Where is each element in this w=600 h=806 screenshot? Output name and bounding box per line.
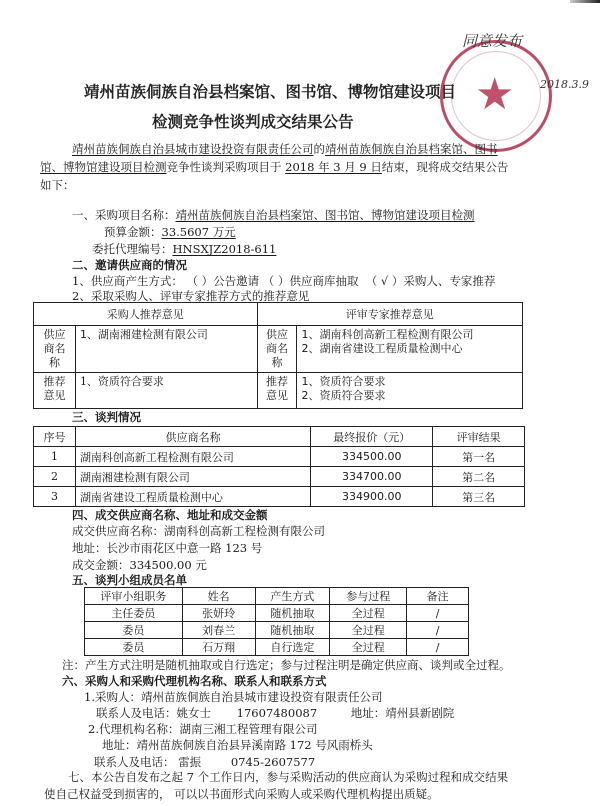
section4-heading: 四、成交供应商名称、地址和成交金额 xyxy=(72,508,268,522)
col-note: 备注 xyxy=(407,588,469,605)
table-row: 委员 刘春兰 随机抽取 全过程 / xyxy=(85,622,469,639)
end-date: 2018 年 3 月 9 日 xyxy=(285,160,382,174)
section7-line1: 七、本公告自发布之起 7 个工作日内，参与采购活动的供应商认为采购过程和成交结果 xyxy=(68,770,508,784)
winning-supplier: 成交供应商名称：湖南科创高新工程检测有限公司 xyxy=(72,524,325,538)
col-process: 参与过程 xyxy=(330,588,407,605)
budget-value: 33.5607 万元 xyxy=(162,225,236,239)
col-supplier: 供应商名称 xyxy=(75,427,310,447)
col-no: 序号 xyxy=(34,427,76,447)
option-recommendation: （ √ ）采购人、专家推荐 xyxy=(366,274,496,288)
expert-opinion-header: 评审专家推荐意见 xyxy=(257,303,522,326)
table-row: 委员 石万翔 自行选定 全过程 / xyxy=(85,639,469,656)
approval-signature: 同意发布 xyxy=(462,30,522,51)
col-price: 最终报价（元） xyxy=(311,427,433,447)
purchaser-name: 靖州苗族侗族自治县城市建设投资有限责任公司 xyxy=(72,142,314,156)
section6-heading: 六、采购人和采购代理机构名称、联系人和联系方式 xyxy=(62,674,327,688)
opinion-label-expert: 推荐 意见 xyxy=(257,373,297,409)
expert-suppliers: 1、湖南科创高新工程检测有限公司 2、湖南省建设工程质量检测中心 xyxy=(297,326,523,373)
col-role: 评审小组职务 xyxy=(85,588,183,605)
section1-project: 一、采购项目名称：靖州苗族侗族自治县档案馆、图书馆、博物馆建设项目检测 xyxy=(72,208,475,222)
col-result: 评审结果 xyxy=(433,427,525,447)
section3-heading: 三、谈判情况 xyxy=(72,410,141,424)
expert-opinions: 1、资质符合要求 2、资质符合要求 xyxy=(297,373,523,409)
official-seal: ★ xyxy=(440,40,552,152)
recommend-method-heading: 2、采取采购人、评审专家推荐方式的推荐意见 xyxy=(72,289,309,303)
section7-line2: 使自己权益受到损害的， 可以以书面形式向采购人或采购代理机构提出质疑。 xyxy=(44,787,439,801)
section5-heading: 五、谈判小组成员名单 xyxy=(72,573,187,587)
purchaser-opinions: 1、资质符合要求 xyxy=(75,373,257,409)
negotiation-table: 序号 供应商名称 最终报价（元） 评审结果 1 湖南科创高新工程检测有限公司 3… xyxy=(33,426,525,507)
project-name: 靖州苗族侗族自治县档案馆、图书馆、博物馆建设项目检测 xyxy=(176,208,475,222)
supplier-name-label: 供应 商名 称 xyxy=(34,326,76,373)
col-method: 产生方式 xyxy=(255,588,330,605)
doc-title-line2: 检测竞争性谈判成交结果公告 xyxy=(152,110,354,132)
winning-amount: 成交金额：334500.00 元 xyxy=(72,558,207,572)
agency-address: 地址：靖州苗族侗族自治县异溪南路 172 号风雨桥头 xyxy=(102,738,373,752)
purchaser-phone: 17607480087 xyxy=(237,706,317,720)
purchaser-opinion-header: 采购人推荐意见 xyxy=(34,303,258,326)
agency-line: 2.代理机构名称：湖南三湘工程管理有限公司 xyxy=(88,722,317,736)
scan-edge-shadow xyxy=(570,0,600,3)
star-icon: ★ xyxy=(475,73,514,117)
section1-agency-no: 委托代理编号：HNSXJZ2018-611 xyxy=(92,242,276,256)
agency-contact: 联系人及电话： 雷振 0745-2607577 xyxy=(94,755,315,769)
purchaser-line: 1.采购人：靖州苗族侗族自治县城市建设投资有限责任公司 xyxy=(84,690,382,704)
signature-date: 2018.3.9 xyxy=(540,78,589,91)
purchaser-contact: 联系人及电话：姚女士 17607480087 地址：靖州县新剧院 xyxy=(96,706,454,720)
agency-number: HNSXJZ2018-611 xyxy=(173,242,277,256)
project-name-part2: 馆、博物馆建设项目检测 xyxy=(40,160,167,174)
supplier-method-line: 1、供应商产生方式： （ ）公告邀请 （ ）供应商库抽取 （ √ ）采购人、专家… xyxy=(72,274,495,288)
agency-phone: 0745-2607577 xyxy=(231,755,315,769)
panel-members-table: 评审小组职务 姓名 产生方式 参与过程 备注 主任委员 张妍玲 随机抽取 全过程… xyxy=(84,587,469,656)
recommendation-table: 采购人推荐意见 评审专家推荐意见 供应 商名 称 1、湖南湘建检测有限公司 供应… xyxy=(33,302,523,409)
doc-title-line1: 靖州苗族侗族自治县档案馆、图书馆、博物馆建设项目 xyxy=(84,80,456,102)
intro-line2: 馆、博物馆建设项目检测竞争性谈判采购项目于 2018 年 3 月 9 日结束，现… xyxy=(40,160,508,174)
option-public-invite: （ ）公告邀请 xyxy=(186,274,259,288)
supplier-name-label-expert: 供应 商名 称 xyxy=(257,326,297,373)
option-supplier-pool: （ ）供应商库抽取 xyxy=(263,274,359,288)
col-name: 姓名 xyxy=(182,588,255,605)
project-name-part1: 靖州苗族侗族自治县档案馆、图书 xyxy=(325,142,498,156)
panel-note: 注：产生方式注明是随机抽取或自行选定；参与过程注明是确定供应商、谈判或全过程。 xyxy=(62,658,511,672)
table-row: 主任委员 张妍玲 随机抽取 全过程 / xyxy=(85,605,469,622)
section2-heading: 二、邀请供应商的情况 xyxy=(72,258,187,272)
table-row: 1 湖南科创高新工程检测有限公司 334500.00 第一名 xyxy=(34,447,525,467)
intro-line3: 如下： xyxy=(40,178,75,192)
purchaser-address: 地址：靖州县新剧院 xyxy=(351,706,455,720)
winning-supplier-address: 地址：长沙市雨花区中意一路 123 号 xyxy=(72,541,262,555)
section1-budget: 预算金额：33.5607 万元 xyxy=(104,225,236,239)
opinion-label: 推荐 意见 xyxy=(34,373,76,409)
table-row: 2 湖南湘建检测有限公司 334700.00 第二名 xyxy=(34,467,525,487)
purchaser-suppliers: 1、湖南湘建检测有限公司 xyxy=(75,326,257,373)
intro-line1: 靖州苗族侗族自治县城市建设投资有限责任公司的靖州苗族侗族自治县档案馆、图书 xyxy=(72,142,498,156)
table-row: 3 湖南省建设工程质量检测中心 334900.00 第三名 xyxy=(34,487,525,507)
